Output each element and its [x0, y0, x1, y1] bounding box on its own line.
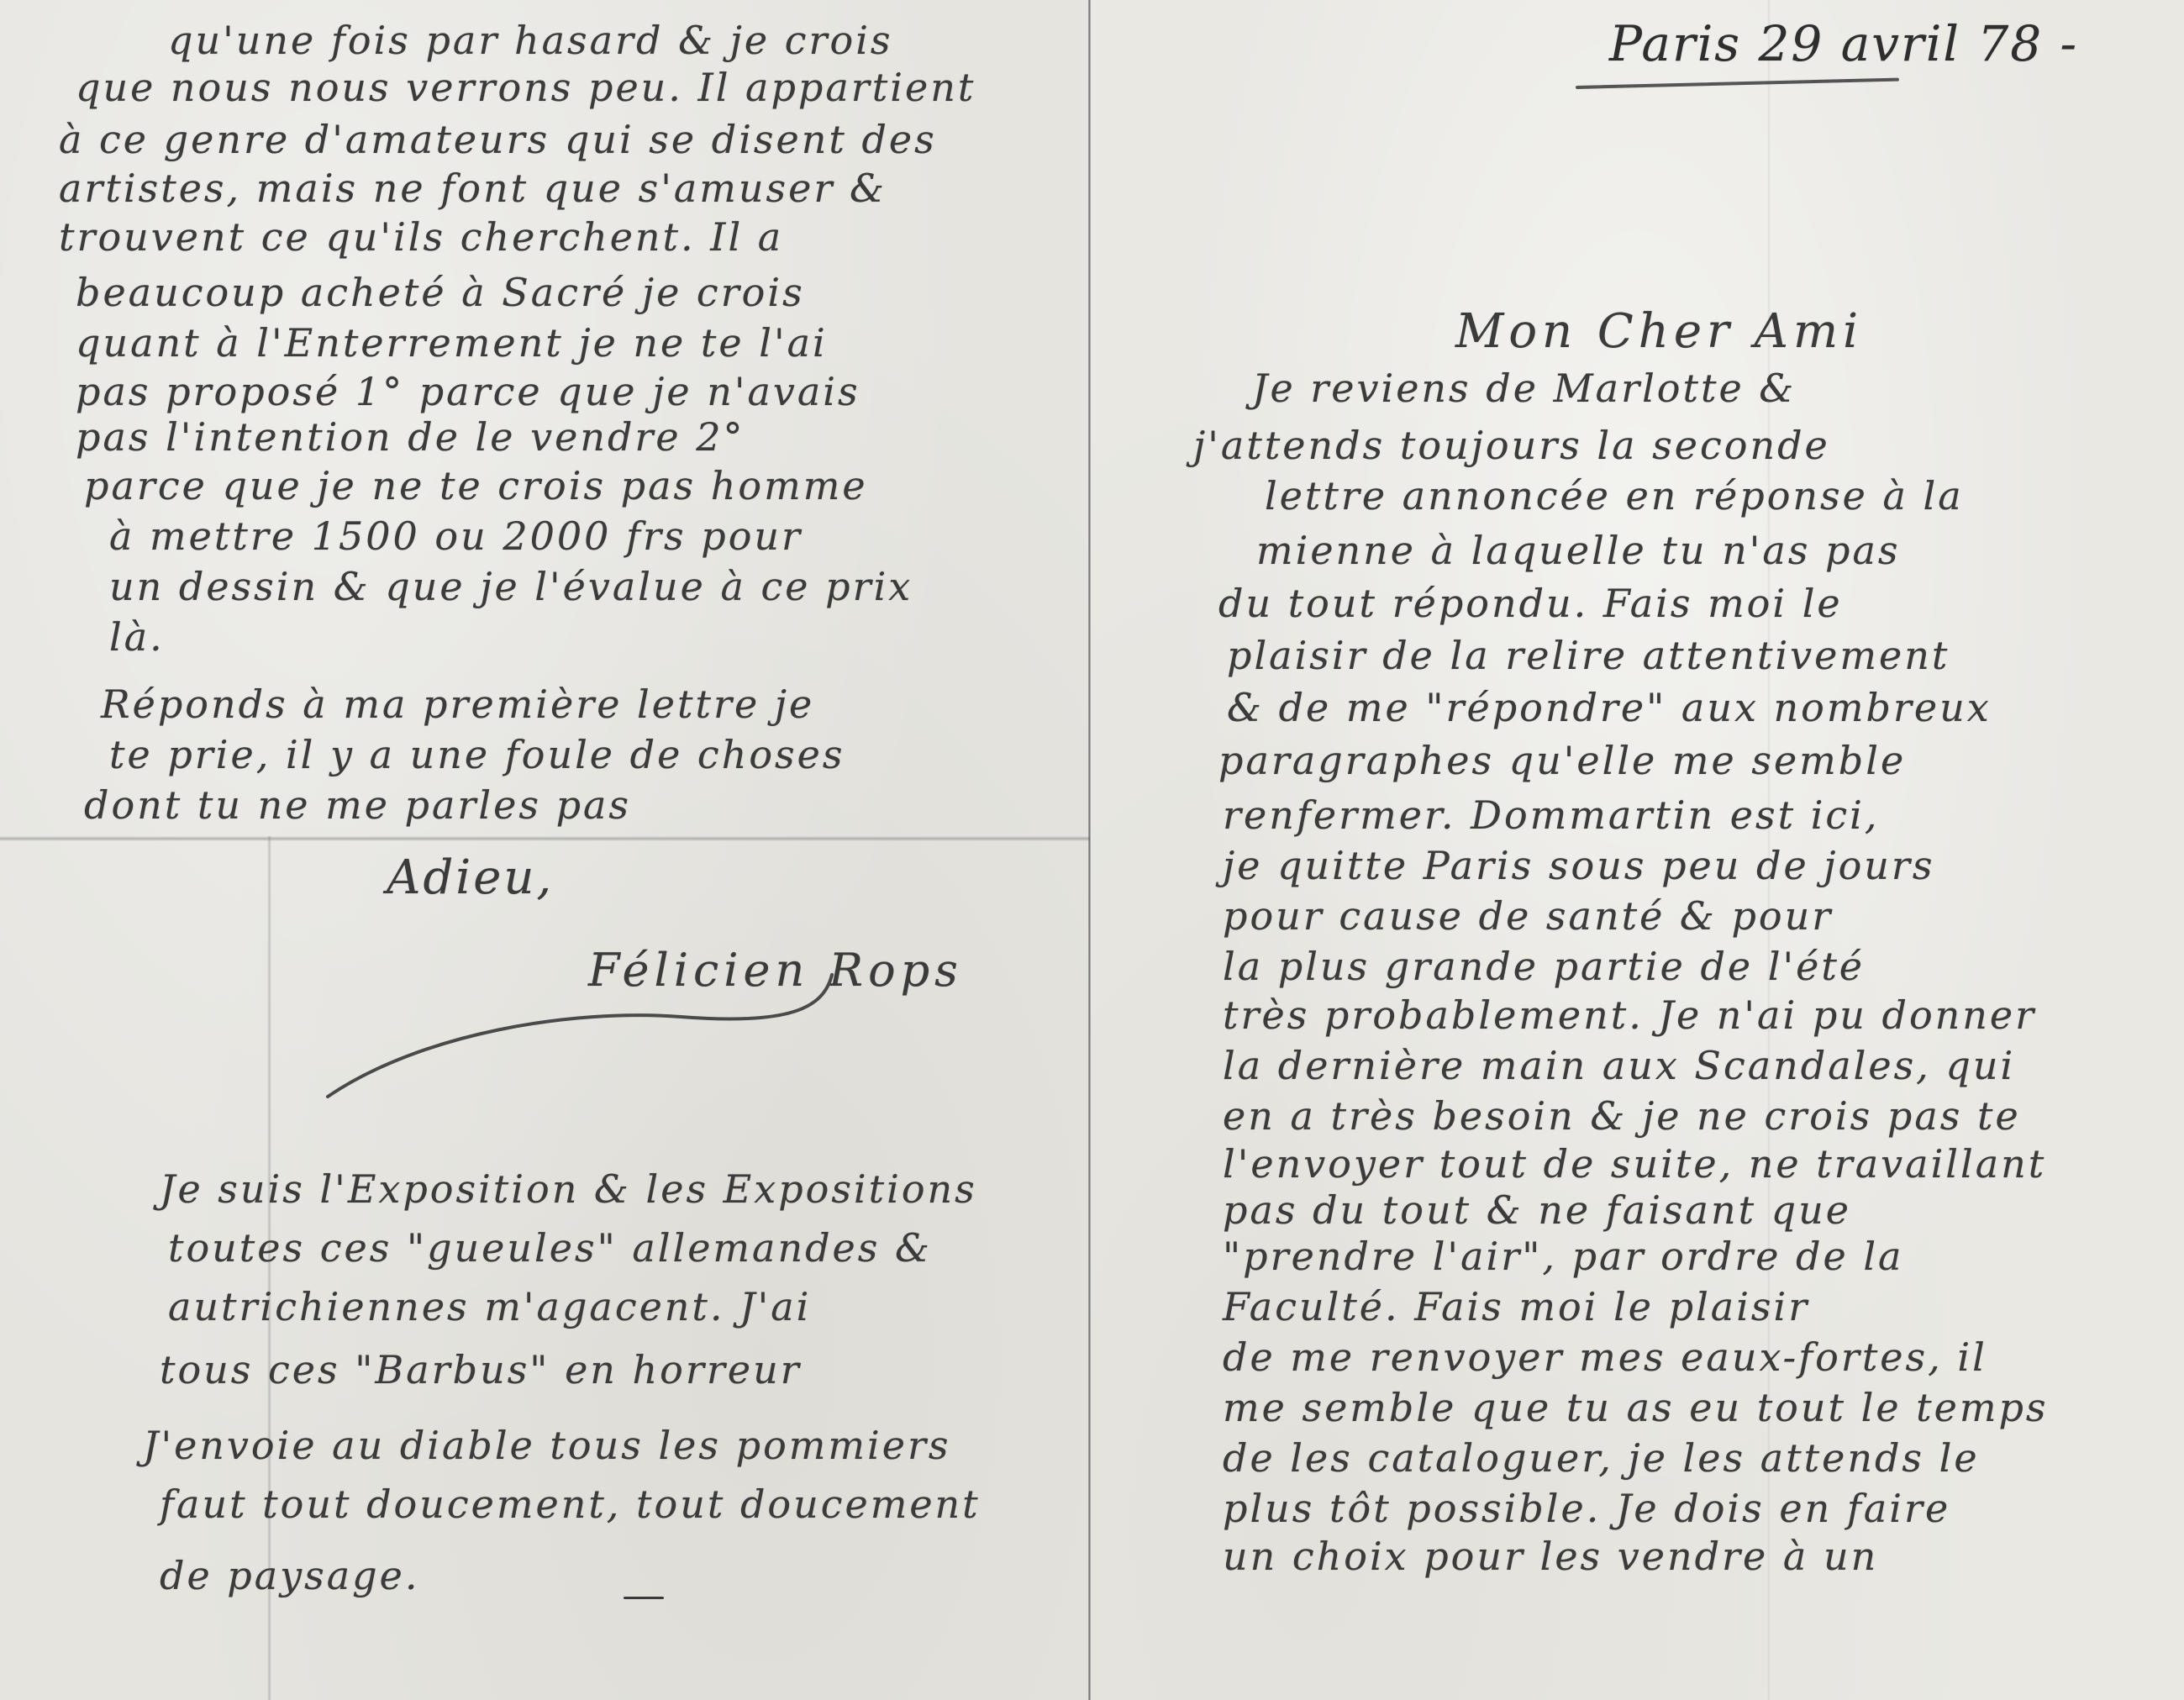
- letter-line: un choix pour les vendre à un: [1223, 1531, 1878, 1582]
- letter-line: "prendre l'air", par ordre de la: [1223, 1231, 1903, 1282]
- letter-line: Je reviens de Marlotte &: [1252, 363, 1796, 413]
- letter-line: pas du tout & ne faisant que: [1223, 1185, 1851, 1235]
- left-page: qu'une fois par hasard & je crois que no…: [0, 0, 1090, 1700]
- postscript-line: faut tout doucement, tout doucement: [160, 1479, 981, 1529]
- letter-line: à mettre 1500 ou 2000 frs pour: [109, 511, 803, 561]
- letter-line: à ce genre d'amateurs qui se disent des: [59, 114, 937, 165]
- closing-dash: [624, 1597, 664, 1599]
- horizontal-fold-crease: [0, 836, 1090, 841]
- letter-line: très probablement. Je n'ai pu donner: [1223, 990, 2036, 1040]
- closing-adieu: Adieu,: [387, 849, 554, 908]
- letter-line: & de me "répondre" aux nombreux: [1227, 682, 1992, 733]
- letter-line: renfermer. Dommartin est ici,: [1223, 790, 1880, 840]
- letter-line: en a très besoin & je ne crois pas te: [1223, 1091, 2021, 1141]
- letter-line: du tout répondu. Fais moi le: [1218, 578, 1843, 629]
- postscript-line: de paysage.: [160, 1550, 419, 1601]
- center-fold-crease: [1088, 0, 1091, 1700]
- letter-line: beaucoup acheté à Sacré je crois: [76, 267, 805, 318]
- letter-line: Faculté. Fais moi le plaisir: [1223, 1282, 1809, 1332]
- letter-line: la dernière main aux Scandales, qui: [1223, 1040, 2015, 1091]
- letter-line: lettre annoncée en réponse à la: [1265, 471, 1964, 521]
- letter-line: la plus grande partie de l'été: [1223, 941, 1865, 992]
- letter-line: paragraphes qu'elle me semble: [1218, 735, 1906, 786]
- postscript-line: autrichiennes m'agacent. J'ai: [168, 1282, 811, 1332]
- letter-line: quant à l'Enterrement je ne te l'ai: [76, 318, 828, 368]
- letter-line: de les cataloguer, je les attends le: [1223, 1433, 1980, 1483]
- letter-line: pas l'intention de le vendre 2°: [76, 412, 745, 462]
- postscript-line: tous ces "Barbus" en horreur: [160, 1345, 802, 1395]
- letter-line: l'envoyer tout de suite, ne travaillant: [1223, 1139, 2046, 1189]
- letter-line: dont tu ne me parles pas: [84, 780, 631, 830]
- signature-flourish-icon: [319, 916, 840, 1101]
- letter-date: Paris 29 avril 78 -: [1609, 10, 2078, 77]
- letter-line: te prie, il y a une foule de choses: [109, 729, 845, 780]
- letter-line: trouvent ce qu'ils cherchent. Il a: [59, 212, 783, 262]
- letter-line: qu'une fois par hasard & je crois: [168, 15, 893, 66]
- postscript-line: Je suis l'Exposition & les Expositions: [160, 1164, 977, 1214]
- letter-line: plaisir de la relire attentivement: [1227, 630, 1950, 681]
- letter-line: mienne à laquelle tu n'as pas: [1256, 525, 1901, 576]
- letter-line: plus tôt possible. Je dois en faire: [1223, 1483, 1950, 1534]
- salutation: Mon Cher Ami: [1455, 303, 1863, 361]
- letter-line: que nous nous verrons peu. Il appartient: [76, 62, 976, 113]
- letter-line: de me renvoyer mes eaux-fortes, il: [1223, 1332, 1987, 1382]
- postscript-line: J'envoie au diable tous les pommiers: [143, 1420, 951, 1471]
- letter-line: Réponds à ma première lettre je: [101, 679, 814, 729]
- letter-line: j'attends toujours la seconde: [1193, 420, 1830, 471]
- letter-line: me semble que tu as eu tout le temps: [1223, 1382, 2049, 1433]
- letter-line: là.: [109, 612, 165, 662]
- letter-line: pour cause de santé & pour: [1223, 891, 1833, 941]
- letter-line: un dessin & que je l'évalue à ce prix: [109, 561, 913, 612]
- letter-line: pas proposé 1° parce que je n'avais: [76, 366, 860, 417]
- letter-line: je quitte Paris sous peu de jours: [1223, 840, 1935, 891]
- letter-line: artistes, mais ne font que s'amuser &: [59, 163, 887, 213]
- letter-line: parce que je ne te crois pas homme: [84, 461, 868, 511]
- postscript-line: toutes ces "gueules" allemandes &: [168, 1223, 932, 1273]
